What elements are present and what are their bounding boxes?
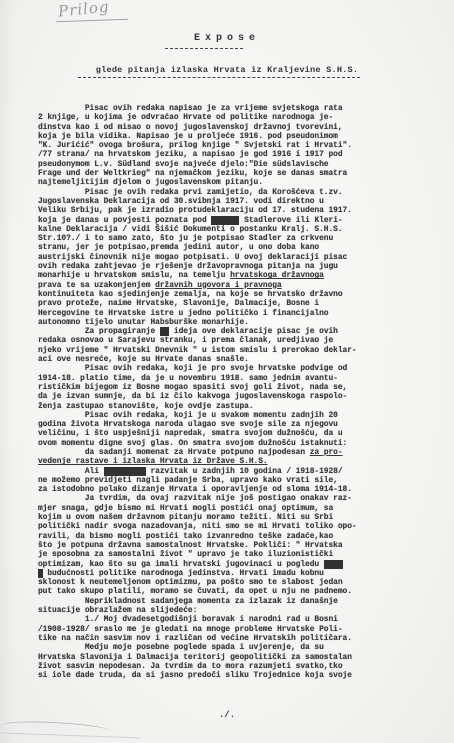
text-line: tike na način sasvim nov i različan od v… bbox=[38, 634, 438, 643]
text-line: da sadanji momenat za Hrvate potpuno naj… bbox=[38, 448, 438, 457]
document-subtitle: glede pitanja izlaska Hrvata iz Kraljevi… bbox=[0, 65, 454, 75]
underlined-phrase: za pro- bbox=[310, 448, 343, 457]
text-line: kojim u ovom našem državnom pitanju mora… bbox=[38, 513, 438, 522]
text-line: situacije obrazlažem na slijedeće: bbox=[38, 606, 438, 615]
text-line: Ja tvrdim, da ovaj razvitak nije još pos… bbox=[38, 494, 438, 503]
text-line: put tako skupo platili, moramo se čuvati… bbox=[38, 587, 438, 596]
text-line: Hercegovine te Hrvatske istre u jedno po… bbox=[38, 309, 438, 318]
text-line: pseudonymom L.v. Südland svoje najveće d… bbox=[38, 160, 438, 169]
title-underline bbox=[165, 48, 243, 49]
text-line: dinstva kao i od misao o novoj jugoslave… bbox=[38, 123, 438, 132]
text-line: Jugoslavenska Deklaracija od 30.svibnja … bbox=[38, 197, 438, 206]
text-line: ne možemo previdjeti nagli padanje Srba,… bbox=[38, 476, 438, 485]
handwritten-annotation: Prilog bbox=[57, 0, 110, 21]
text-line: Za propagiranje xx ideja ove deklaracije… bbox=[38, 327, 438, 336]
text-line: najtemeljitijim djelom o jugoslavenskom … bbox=[38, 178, 438, 187]
text-line: politički nadir svoga nazadovanja, niti … bbox=[38, 522, 438, 531]
text-line: Veliku Srbiju, pak je izradio protudekla… bbox=[38, 206, 438, 215]
underlined-phrase: vedenje rastave i izlaska Hrvata iz Drža… bbox=[38, 457, 268, 466]
text-line: za istodobno polako dizanje Hrvata i opo… bbox=[38, 485, 438, 494]
document-body: Pisac ovih redaka napisao je za vrijeme … bbox=[38, 104, 438, 680]
text-line: 1914-18. platio time, da je u novembru 1… bbox=[38, 374, 438, 383]
text-line: "K. Jurićić" ovoga brošura, prilog knjig… bbox=[38, 141, 438, 150]
text-line: Pisac je ovih redaka prvi zamijetio, da … bbox=[38, 188, 438, 197]
text-line: godina života Hrvatskoga naroda ulagao s… bbox=[38, 420, 438, 429]
page-continuation-mark: ./. bbox=[0, 710, 454, 720]
underlined-phrase: hrvatskoga državnoga bbox=[230, 271, 324, 280]
text-line: sklonost k neutemeljenom optimizmu, pa p… bbox=[38, 578, 438, 587]
text-line: vedenje rastave i izlaska Hrvata iz Drža… bbox=[38, 457, 438, 466]
text-line: mjer snaga, gdje bismo mi Hrvati mogli p… bbox=[38, 504, 438, 513]
text-line: je sposobna za samostalni život " upravo… bbox=[38, 550, 438, 559]
text-line: stranu, jer je potpisao,premda jedini au… bbox=[38, 243, 438, 252]
text-line: si iole dade truda, da si jasno predoči … bbox=[38, 671, 438, 680]
text-line: Ali xxxxxxxxx razvitak u zadnjih 10 godi… bbox=[38, 467, 438, 476]
typed-over-blot: x bbox=[38, 569, 43, 578]
text-line: koja je bila vidika. Napisao je u prolje… bbox=[38, 132, 438, 141]
text-line: /1908-1928/ sraslo me je gledati na mnog… bbox=[38, 625, 438, 634]
text-line: Pisac ovih redaka, koji je pro svoje hrv… bbox=[38, 364, 438, 373]
text-line: kontinuiteta kao sjedinjenje zemalja, na… bbox=[38, 290, 438, 299]
text-line: redaka osnovao u Sarajevu stranku, i pre… bbox=[38, 336, 438, 345]
text-line: Neprikladnost sadanjega momenta za izlaz… bbox=[38, 597, 438, 606]
text-line: život sasvim nepodesan. Ja tvrdim da to … bbox=[38, 662, 438, 671]
typed-over-blot: xxxxxx bbox=[211, 216, 239, 225]
text-line: ovom momentu digne svoj glas. On smatra … bbox=[38, 439, 438, 448]
text-line: ženja zastupao stanovište, koje ovdje za… bbox=[38, 402, 438, 411]
text-line: Pisac ovih redaka, koji je u svakom mome… bbox=[38, 411, 438, 420]
text-line: optimizam, kao što su ga imali hrvatski … bbox=[38, 560, 438, 569]
document-title: Expose bbox=[0, 33, 454, 44]
text-line: austrijski činovnik nije mogao potpisati… bbox=[38, 253, 438, 262]
text-line: da je izvan sumnje, da bi iz čilo kakvog… bbox=[38, 392, 438, 401]
typed-over-blot: xx bbox=[160, 327, 169, 336]
text-line: pravo proteže, naime Hrvatske, Slavonije… bbox=[38, 299, 438, 308]
document-page: Prilog Expose glede pitanja izlaska Hrva… bbox=[0, 0, 454, 743]
text-line: prava te sa uzakonjenjem državnih ugovor… bbox=[38, 281, 438, 290]
text-line: veličinu, i što uspješniji napredak, sma… bbox=[38, 429, 438, 438]
text-line: njeko vrijeme " Hrvatski Dnevnik " u ist… bbox=[38, 346, 438, 355]
text-line: monarhije u hrvatskom smislu, na temelju… bbox=[38, 271, 438, 280]
text-line: 1./ Moj dvadesetgodišnji boravak i narod… bbox=[38, 615, 438, 624]
text-line: aci ove nesreće, koje su Hrvate danas sn… bbox=[38, 355, 438, 364]
text-line: Hrvatska Slavonija i Dalmacija teritorij… bbox=[38, 653, 438, 662]
text-line: Medju moje posebne poglede spada i uvjer… bbox=[38, 643, 438, 652]
typed-over-blot: xxxx bbox=[324, 560, 343, 569]
text-line: /77 strana/ na hrvatskom jeziku, a napis… bbox=[38, 150, 438, 159]
text-line: što je potpuna državna samostalnost Hrva… bbox=[38, 541, 438, 550]
text-line: rističkim bijegom iz Bosne mogao spasiti… bbox=[38, 383, 438, 392]
text-line: x budućnosti politike narodnoga jedinstv… bbox=[38, 569, 438, 578]
page-edge-shadow bbox=[0, 0, 14, 743]
subtitle-underline bbox=[78, 77, 360, 78]
text-line: ovih redaka zahtjevao je rješenje državo… bbox=[38, 262, 438, 271]
text-line: Pisac ovih redaka napisao je za vrijeme … bbox=[38, 104, 438, 113]
text-line: kalne Deklaracija / vidi Šišić Dokumenti… bbox=[38, 225, 438, 234]
underlined-phrase: državnih ugovora i pravnoga bbox=[155, 281, 282, 290]
text-line: koja je danas u povjesti poznata pod xxx… bbox=[38, 216, 438, 225]
text-line: Str.10?./ i to samo zato, što ju je potp… bbox=[38, 234, 438, 243]
typed-over-blot: xxxxxxxxx bbox=[104, 467, 146, 476]
text-line: 2 knjige, u kojima je odvraćao Hrvate od… bbox=[38, 113, 438, 122]
text-line: ravili, da bismo mogli postići tako izva… bbox=[38, 532, 438, 541]
text-line: Frage und der Weltkrieg" na njemačkom je… bbox=[38, 169, 438, 178]
text-line: autonomno tijelo unutar Habsburške monar… bbox=[38, 318, 438, 327]
paper-fold-line-secondary bbox=[0, 733, 140, 743]
